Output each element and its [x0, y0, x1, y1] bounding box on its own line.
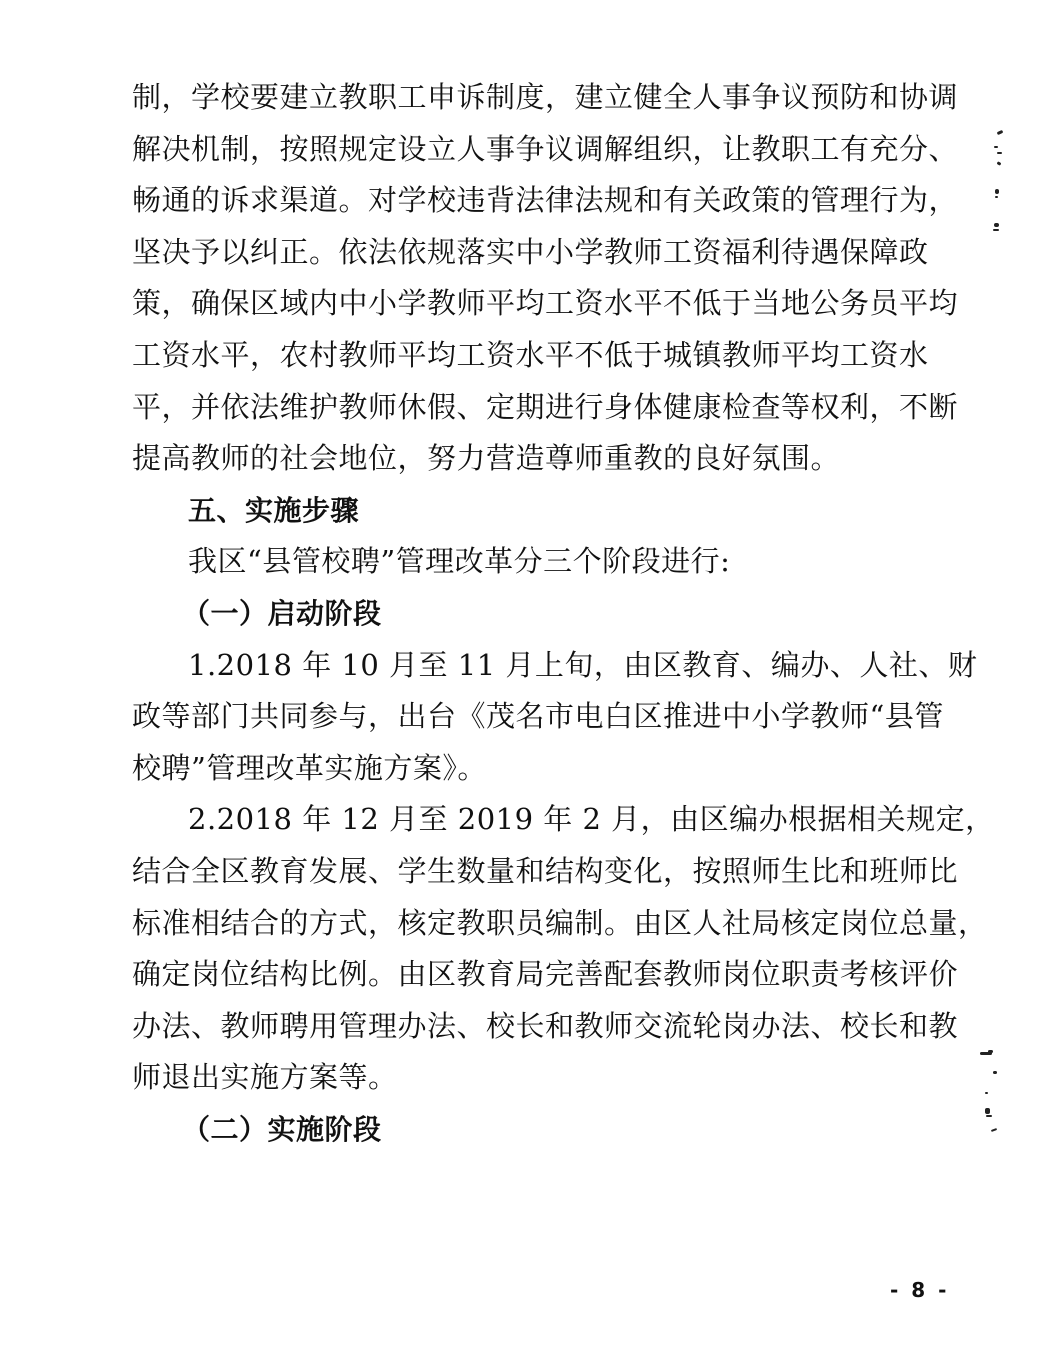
body-line: 办法、教师聘用管理办法、校长和教师交流轮岗办法、校长和教	[132, 1001, 928, 1053]
body-line: 1.2018 年 10 月至 11 月上旬，由区教育、编办、人社、财	[132, 640, 928, 692]
body-line: 解决机制，按照规定设立人事争议调解组织，让教职工有充分、	[132, 124, 928, 176]
body-line: 平，并依法维护教师休假、定期进行身体健康检查等权利，不断	[132, 382, 928, 434]
body-line: 2.2018 年 12 月至 2019 年 2 月，由区编办根据相关规定，	[132, 794, 928, 846]
body-line: 政等部门共同参与，出台《茂名市电白区推进中小学教师“县管	[132, 691, 928, 743]
body-line: 策，确保区域内中小学教师平均工资水平不低于当地公务员平均	[132, 278, 928, 330]
subsection-heading: （一）启动阶段	[132, 588, 928, 640]
subsection-heading: （二）实施阶段	[132, 1104, 928, 1156]
body-line: 坚决予以纠正。依法依规落实中小学教师工资福利待遇保障政	[132, 227, 928, 279]
body-line: 畅通的诉求渠道。对学校违背法律法规和有关政策的管理行为，	[132, 175, 928, 227]
document-page: 制，学校要建立教职工申诉制度，建立健全人事争议预防和协调 解决机制，按照规定设立…	[0, 0, 1050, 1349]
body-line: 标准相结合的方式，核定教职员编制。由区人社局核定岗位总量，	[132, 898, 928, 950]
body-line: 确定岗位结构比例。由区教育局完善配套教师岗位职责考核评价	[132, 949, 928, 1001]
body-line: 制，学校要建立教职工申诉制度，建立健全人事争议预防和协调	[132, 72, 928, 124]
section-heading: 五、实施步骤	[132, 485, 928, 537]
body-line: 我区“县管校聘”管理改革分三个阶段进行:	[132, 536, 928, 588]
body-line: 师退出实施方案等。	[132, 1052, 928, 1104]
body-line: 结合全区教育发展、学生数量和结构变化，按照师生比和班师比	[132, 846, 928, 898]
page-number: - 8 -	[890, 1278, 949, 1302]
body-line: 校聘”管理改革实施方案》。	[132, 743, 928, 795]
document-body: 制，学校要建立教职工申诉制度，建立健全人事争议预防和协调 解决机制，按照规定设立…	[132, 72, 928, 1155]
body-line: 提高教师的社会地位，努力营造尊师重教的良好氛围。	[132, 433, 928, 485]
body-line: 工资水平，农村教师平均工资水平不低于城镇教师平均工资水	[132, 330, 928, 382]
